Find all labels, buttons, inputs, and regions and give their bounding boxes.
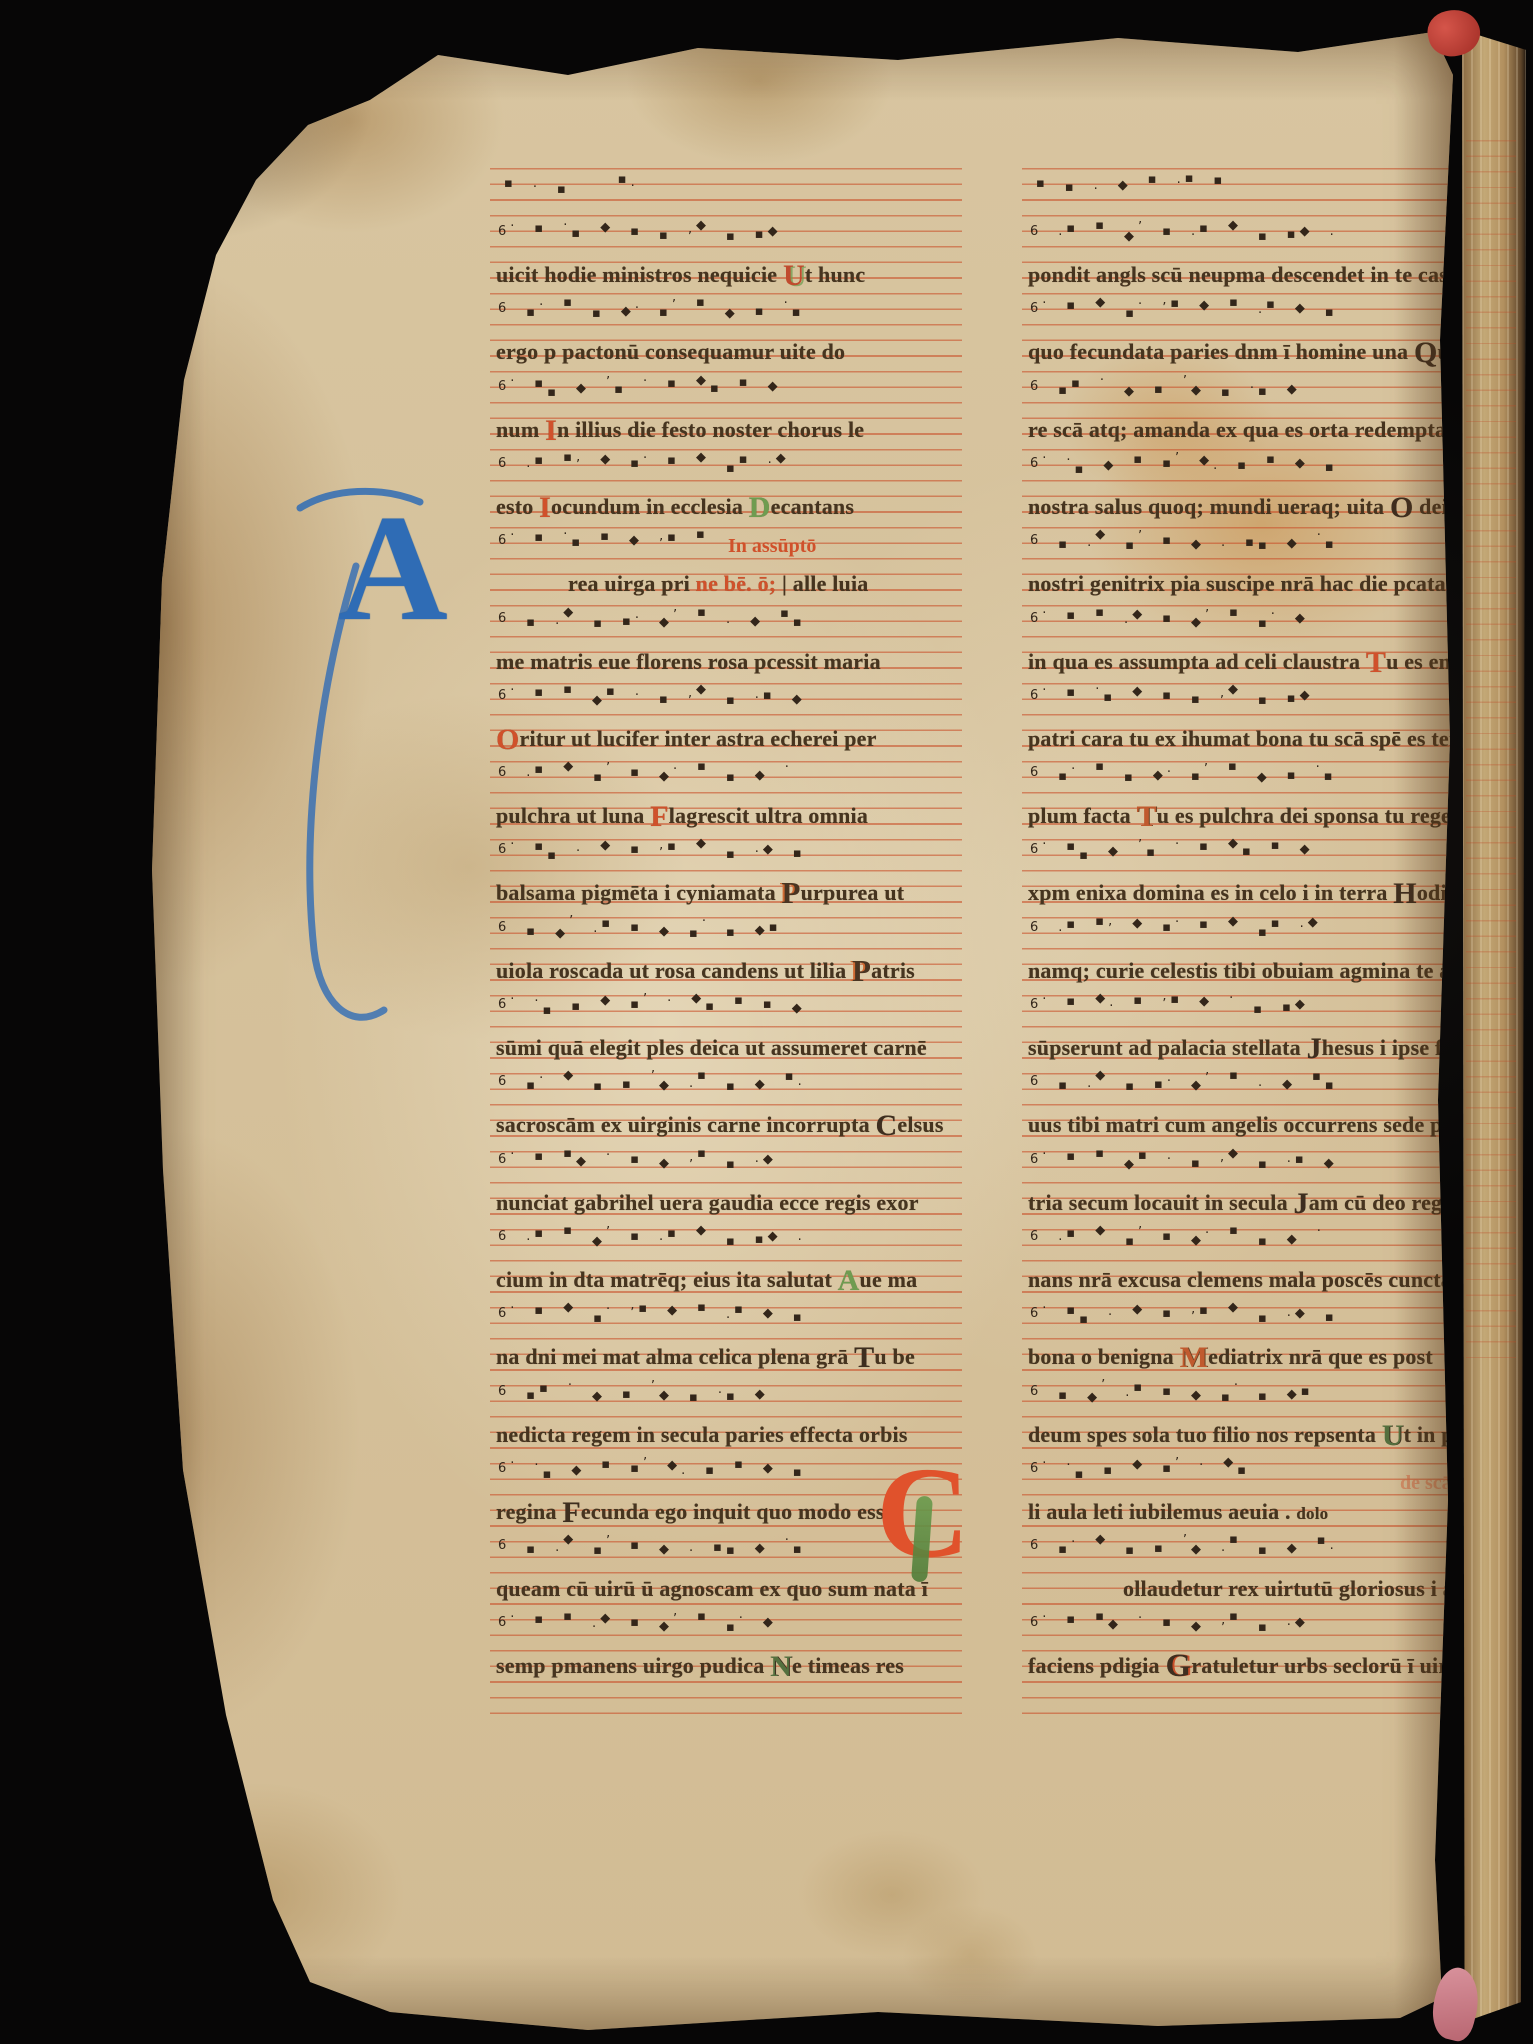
neume-row: 6▪◆’·▪▪◆▪·▪◆▪	[498, 920, 782, 935]
neume-row: 6▪·◆▪’▪◆·▪▪◆·▪	[498, 1538, 806, 1553]
illuminated-initial: F	[650, 800, 669, 833]
manuscript-photo: ▪·▪▪·6·▪·▪◆▪▪’◆▪▪◆uicit hodie ministros …	[0, 0, 1533, 2044]
neume-row: 6·▪▪·◆▪◆’▪▪·◆	[498, 1615, 777, 1630]
text-segment: me matris eue florens rosa pcessit maria	[496, 649, 881, 674]
illuminated-initial: O	[1390, 491, 1414, 524]
chant-text-line: uiola roscada ut rosa candens ut lilia P…	[496, 958, 915, 984]
chant-text-line: na dni mei mat alma celica plena grā Tu …	[496, 1344, 915, 1370]
text-segment: ritur ut lucifer inter astra echerei per	[520, 726, 877, 751]
neume-row: 6··▪▪◆▪’·◆▪▪▪◆	[498, 997, 806, 1012]
neume-row: ▪·▪▪·	[504, 176, 639, 191]
chant-text-line: namq; curie celestis tibi obuiam agmina …	[1028, 958, 1459, 984]
chant-text-line: ollaudetur rex uirtutū gloriosus i ad nu…	[1123, 1576, 1517, 1602]
text-segment: nostri genitrix pia suscipe nrā hac die …	[1028, 571, 1446, 596]
text-segment: na dni mei mat alma celica plena grā	[496, 1344, 854, 1369]
illuminated-initial: I	[545, 414, 557, 447]
illuminated-initial: G	[1165, 1648, 1191, 1684]
neume-row: 6·▪·▪◆▪▪’◆▪▪◆	[498, 224, 782, 239]
illuminated-initial: C	[876, 1109, 898, 1142]
text-segment: u es pulchra dei sponsa tu regem	[1157, 803, 1470, 828]
text-segment: ergo p pactonū consequamur uite do	[496, 339, 845, 364]
text-segment: faciens pdigia	[1028, 1653, 1165, 1678]
text-segment: sūmi quā elegit ples deica ut assumeret …	[496, 1035, 927, 1060]
text-segment: queam cū uirū ū agnoscam ex quo sum nata…	[496, 1576, 928, 1601]
text-segment: hesus i ipse festi	[1322, 1035, 1475, 1060]
text-segment: balsama pigmēta i cyniamata	[496, 880, 781, 905]
text-segment: sacroscām ex uirginis carne incorrupta	[496, 1112, 876, 1137]
text-segment: ecantans	[771, 494, 855, 519]
neume-row: 6▪·◆▪▪’◆·▪▪◆▪·	[1030, 1538, 1338, 1553]
text-segment: ratuletur urbs seclorū ī uirtuo	[1191, 1653, 1479, 1678]
neume-row: 6·▪▪◆·▪◆’▪▪·◆	[1030, 1615, 1309, 1630]
neume-row: 6·▪◆▪·’▪◆▪·▪◆▪	[1030, 301, 1338, 316]
chant-text-line: xpm enixa domina es in celo i in terra H…	[1028, 880, 1457, 906]
text-segment: bona o benigna	[1028, 1344, 1180, 1369]
text-segment: | alle luia	[782, 571, 869, 596]
illuminated-initial-a: A	[338, 492, 448, 644]
neume-row: 6·▪▪’◆▪·▪◆▪▪·◆	[1030, 920, 1322, 935]
illuminated-initial: P	[781, 875, 800, 910]
neume-row: 6▪·◆▪’▪◆·▪▪◆·▪	[1030, 533, 1338, 548]
neume-row: 6▪·◆▪▪·◆’▪·◆▪▪	[498, 611, 806, 626]
text-segment: ue	[1438, 339, 1460, 364]
chant-text-line: sūpserunt ad palacia stellata Jhesus i i…	[1028, 1035, 1475, 1061]
neume-row: 6·▪▪◆’▪·▪◆▪▪◆	[498, 379, 782, 394]
text-segment: uus tibi matri cum angelis occurrens sed…	[1028, 1112, 1454, 1137]
illuminated-initial: T	[854, 1341, 874, 1374]
illuminated-initial: F	[562, 1496, 581, 1529]
text-segment: cium in dta matrēq; eius ita salutat	[496, 1267, 838, 1292]
chant-text-line: li aula leti iubilemus aeuia . dolo	[1028, 1499, 1328, 1525]
illuminated-initial: J	[1294, 1187, 1309, 1220]
illuminated-initial: A	[838, 1264, 860, 1297]
chant-text-line: semp pmanens uirgo pudica Ne timeas res	[496, 1653, 904, 1679]
chant-text-line: ergo p pactonū consequamur uite do	[496, 339, 845, 365]
illuminated-initial: O	[496, 723, 520, 756]
illuminated-initial: T	[1366, 646, 1386, 679]
chant-text-line: plum facta Tu es pulchra dei sponsa tu r…	[1028, 803, 1470, 829]
neume-row: 6·▪▪·◆▪’▪◆▪·◆▪	[498, 842, 806, 857]
neume-row: 6·▪▪·◆▪’▪◆▪·◆▪	[1030, 1306, 1338, 1321]
illuminated-initial: P	[852, 953, 871, 988]
chant-text-line: faciens pdigia Gratuletur urbs seclorū ī…	[1028, 1653, 1479, 1679]
chant-text-line: esto Iocundum in ecclesia Decantans	[496, 494, 854, 520]
text-segment: sūpserunt ad palacia stellata	[1028, 1035, 1307, 1060]
text-segment: nans nrā excusa clemens mala poscēs cunc…	[1028, 1267, 1452, 1292]
text-segment: dei	[1413, 494, 1447, 519]
text-segment: deum spes sola tuo filio nos repsenta	[1028, 1422, 1382, 1447]
chant-text-line: nedicta regem in secula paries effecta o…	[496, 1422, 908, 1448]
chant-text-line: nans nrā excusa clemens mala poscēs cunc…	[1028, 1267, 1452, 1293]
illuminated-initial: M	[1180, 1341, 1209, 1374]
neume-row: 6·▪◆▪·’▪◆▪·▪◆▪	[498, 1306, 806, 1321]
text-segment: uiola roscada ut rosa candens ut lilia	[496, 958, 852, 983]
chant-text-line: rea uirga pri ne bē. ō; | alle luia	[568, 571, 869, 597]
chant-text-line: me matris eue florens rosa pcessit maria	[496, 649, 881, 675]
neume-row: ▪▪·◆▪·▪▪	[1036, 176, 1226, 191]
text-segment: pondit angls scū neupma descendet in te …	[1028, 262, 1467, 287]
illuminated-initial: H	[1393, 877, 1417, 910]
text-segment: li aula leti iubilemus aeuia .	[1028, 1499, 1296, 1524]
text-segment: semp pmanens uirgo pudica	[496, 1653, 770, 1678]
page-edges-strip	[1462, 30, 1526, 2022]
chant-text-line: pulchra ut luna Flagrescit ultra omnia	[496, 803, 868, 829]
text-segment: xpm enixa domina es in celo i in terra	[1028, 880, 1393, 905]
text-segment: t hunc	[805, 262, 866, 287]
chant-text-line: pondit angls scū neupma descendet in te …	[1028, 262, 1467, 288]
chant-text-line: sacroscām ex uirginis carne incorrupta C…	[496, 1112, 944, 1138]
neume-row: 6·▪◆·▪’▪◆·▪▪◆	[1030, 997, 1309, 1012]
chant-text-line: sūmi quā elegit ples deica ut assumeret …	[496, 1035, 927, 1061]
neume-row: 6··▪◆▪▪’◆·▪▪◆▪	[498, 1461, 806, 1476]
text-segment: odie	[1417, 880, 1457, 905]
chant-text-line: re scā atq; amanda ex qua es orta redemp…	[1028, 417, 1446, 443]
text-segment: ollaudetur rex uirtutū gloriosus i ad nu…	[1123, 1576, 1517, 1601]
text-segment: atris	[871, 958, 915, 983]
text-segment: ediatrix nrā que es post	[1208, 1344, 1433, 1369]
chant-text-line: cium in dta matrēq; eius ita salutat Aue…	[496, 1267, 917, 1293]
marginal-rubric-faded: de scā	[1400, 1472, 1452, 1495]
chant-text-line: Oritur ut lucifer inter astra echerei pe…	[496, 726, 877, 752]
neume-row: 6··▪▪◆▪’·◆▪	[1030, 1461, 1250, 1476]
illuminated-initial: D	[749, 491, 771, 524]
illuminated-initial: N	[770, 1650, 792, 1683]
text-segment: tria secum locauit in secula	[1028, 1190, 1294, 1215]
rubric-feast: In assūptō	[728, 535, 816, 558]
text-segment: namq; curie celestis tibi obuiam agmina …	[1028, 958, 1459, 983]
text-segment: re scā atq; amanda ex qua es orta redemp…	[1028, 417, 1446, 442]
neume-row: 6·▪◆▪’▪◆·▪▪◆·	[498, 765, 793, 780]
text-segment: e timeas res	[792, 1653, 904, 1678]
chant-text-line: nostra salus quoq; mundi ueraq; uita O d…	[1028, 494, 1448, 520]
neume-row: 6·▪▪◆▪·▪’◆▪·▪◆	[498, 688, 806, 703]
neume-row: 6▪·◆▪▪·◆’▪·◆▪▪	[1030, 1074, 1338, 1089]
neume-row: 6▪·▪▪◆·▪’▪◆▪·▪	[1030, 765, 1337, 780]
column-right: ▪▪·◆▪·▪▪6·▪▪◆’▪·▪◆▪▪◆·pondit angls scū n…	[1022, 168, 1500, 1720]
chant-text-line: queam cū uirū ū agnoscam ex quo sum nata…	[496, 1576, 928, 1602]
chant-text-line: balsama pigmēta i cyniamata Purpurea ut	[496, 880, 904, 906]
text-segment: dolo	[1296, 1504, 1328, 1523]
text-segment: elsus	[897, 1112, 943, 1137]
neume-row: 6·▪·▪◆▪▪’◆▪▪◆	[1030, 688, 1314, 703]
text-segment: u es enim	[1386, 649, 1476, 674]
neume-row: 6·▪▪◆’▪·▪◆▪▪◆·	[498, 1229, 806, 1244]
text-segment: nostra salus quoq; mundi ueraq; uita	[1028, 494, 1390, 519]
text-segment: t in po	[1404, 1422, 1465, 1447]
text-segment: am cū deo reg	[1309, 1190, 1443, 1215]
text-segment: uicit hodie ministros nequicie	[496, 262, 783, 287]
text-segment: nedicta regem in secula paries effecta o…	[496, 1422, 908, 1447]
chant-text-line: quo fecundata paries dnm ī homine una Qu…	[1028, 339, 1460, 365]
text-segment: patri cara tu ex ihumat bona tu scā spē …	[1028, 726, 1467, 751]
neume-row: 6·▪▪◆’▪·▪◆▪▪◆·	[1030, 224, 1338, 239]
neume-row: 6▪◆’·▪▪◆▪·▪◆▪	[1030, 1384, 1314, 1399]
text-segment: quo fecundata paries dnm ī homine una	[1028, 339, 1414, 364]
neume-row: 6·▪◆▪’▪◆·▪▪◆·	[1030, 1229, 1325, 1244]
chant-text-line: nunciat gabrihel uera gaudia ecce regis …	[496, 1190, 919, 1216]
text-segment: u be	[874, 1344, 915, 1369]
neume-row: 6·▪▪·◆▪◆’▪▪·◆	[1030, 611, 1309, 626]
neume-row: 6··▪◆▪▪’◆·▪▪◆▪	[1030, 456, 1338, 471]
neume-row: 6▪▪·◆▪’◆▪·▪◆	[498, 1384, 769, 1399]
text-segment: regina	[496, 1499, 562, 1524]
neume-row: 6·▪▪◆▪·▪’◆▪·▪◆	[1030, 1152, 1338, 1167]
neume-row: 6·▪▪’◆▪·▪◆▪▪·◆	[498, 456, 790, 471]
text-segment: nunciat gabrihel uera gaudia ecce regis …	[496, 1190, 919, 1215]
chant-text-line: bona o benigna Mediatrix nrā que es post	[1028, 1344, 1433, 1370]
illuminated-initial: U	[1382, 1419, 1404, 1452]
text-segment: n illius die festo noster chorus le	[557, 417, 864, 442]
chant-text-line: in qua es assumpta ad celi claustra Tu e…	[1028, 649, 1476, 675]
text-segment: lagrescit ultra omnia	[669, 803, 868, 828]
chant-text-line: uus tibi matri cum angelis occurrens sed…	[1028, 1112, 1454, 1138]
text-segment: pulchra ut luna	[496, 803, 650, 828]
illuminated-initial: J	[1307, 1032, 1322, 1065]
text-segment: ecunda ego inquit quo modo esse	[581, 1499, 895, 1524]
illuminated-initial: I	[539, 491, 551, 524]
neume-row: 6▪·◆▪▪’◆·▪▪◆▪·	[498, 1074, 806, 1089]
chant-text-line: uicit hodie ministros nequicie Ut hunc	[496, 262, 865, 288]
chant-text-line: tria secum locauit in secula Jam cū deo …	[1028, 1190, 1442, 1216]
edge-staff-lines	[1466, 140, 1516, 1360]
text-segment: esto	[496, 494, 539, 519]
neume-row: 6·▪▪◆·▪◆’▪▪·◆	[498, 1152, 777, 1167]
neume-row: 6▪▪·◆▪’◆▪·▪◆	[1030, 379, 1301, 394]
chant-text-line: regina Fecunda ego inquit quo modo esse	[496, 1499, 895, 1525]
text-segment: urpurea ut	[801, 880, 905, 905]
illuminated-initial: Q	[1414, 336, 1438, 369]
chant-text-line: patri cara tu ex ihumat bona tu scā spē …	[1028, 726, 1467, 752]
text-segment: rea uirga pri	[568, 571, 696, 596]
text-segment: ne bē. ō;	[696, 571, 782, 596]
text-segment: plum facta	[1028, 803, 1137, 828]
chant-text-line: num In illius die festo noster chorus le	[496, 417, 864, 443]
neume-row: 6·▪▪◆’▪·▪◆▪▪◆	[1030, 842, 1314, 857]
text-segment: ue ma	[860, 1267, 918, 1292]
text-segment: num	[496, 417, 545, 442]
chant-text-line: nostri genitrix pia suscipe nrā hac die …	[1028, 571, 1446, 597]
neume-row: 6▪·▪▪◆·▪’▪◆▪·▪	[498, 301, 805, 316]
chant-text-line: deum spes sola tuo filio nos repsenta Ut…	[1028, 1422, 1465, 1448]
text-segment: ocundum in ecclesia	[551, 494, 749, 519]
text-segment: in qua es assumpta ad celi claustra	[1028, 649, 1366, 674]
illuminated-initial: T	[1137, 800, 1157, 833]
neume-row: 6·▪·▪▪◆’▪▪	[498, 533, 709, 548]
illuminated-initial: U	[783, 259, 805, 292]
